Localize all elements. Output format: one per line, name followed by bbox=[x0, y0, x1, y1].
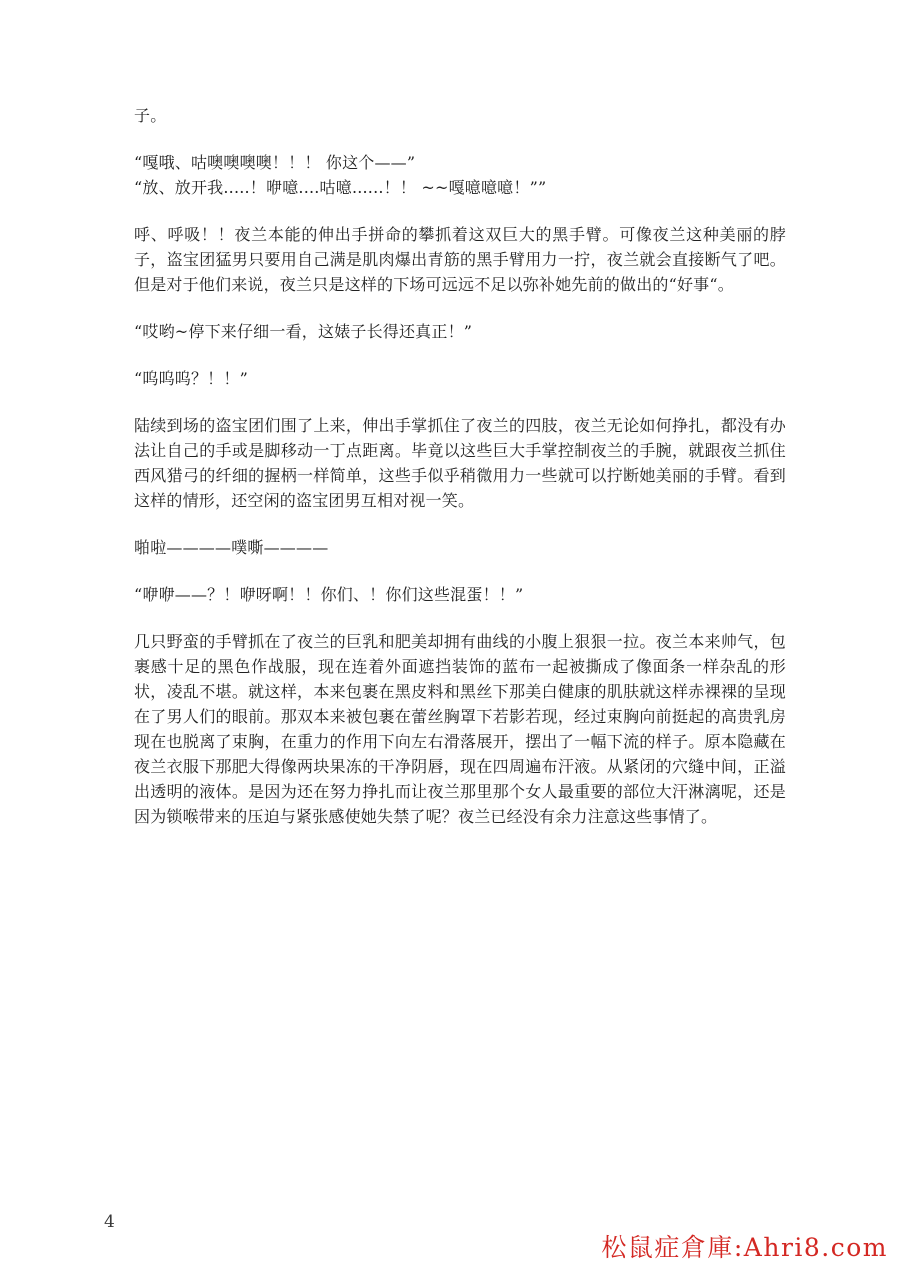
sound-effect-line: 啪啦————噗嘶———— bbox=[134, 535, 786, 560]
watermark-link[interactable]: 松鼠症倉庫:Ahri8.com bbox=[601, 1233, 888, 1263]
dialogue-line: “放、放开我.....！咿噫....咕噫......！！ ~~嘎噫噫噫！”” bbox=[134, 175, 786, 200]
dialogue-line: “嘎哦、咕噢噢噢噢！！！ 你这个——” bbox=[134, 150, 786, 175]
dialogue-line: “哎哟~停下来仔细一看，这婊子长得还真正！” bbox=[134, 319, 786, 344]
paragraph: 呼、呼吸！！夜兰本能的伸出手拼命的攀抓着这双巨大的黑手臂。可像夜兰这种美丽的脖子… bbox=[134, 222, 786, 297]
paragraph: 几只野蛮的手臂抓在了夜兰的巨乳和肥美却拥有曲线的小腹上狠狠一拉。夜兰本来帅气，包… bbox=[134, 629, 786, 829]
page-number: 4 bbox=[104, 1210, 115, 1235]
dialogue-line: “呜呜呜？！！” bbox=[134, 366, 786, 391]
dialogue-line: “咿咿——？！咿呀啊！！你们、！你们这些混蛋！！” bbox=[134, 582, 786, 607]
page-text: 子。“嘎哦、咕噢噢噢噢！！！ 你这个——”“放、放开我.....！咿噫....咕… bbox=[134, 103, 786, 829]
paragraph: 陆续到场的盗宝团们围了上来，伸出手掌抓住了夜兰的四肢，夜兰无论如何挣扎，都没有办… bbox=[134, 413, 786, 513]
paragraph-continuation: 子。 bbox=[134, 103, 786, 128]
document-page: 子。“嘎哦、咕噢噢噢噢！！！ 你这个——”“放、放开我.....！咿噫....咕… bbox=[0, 0, 900, 1273]
